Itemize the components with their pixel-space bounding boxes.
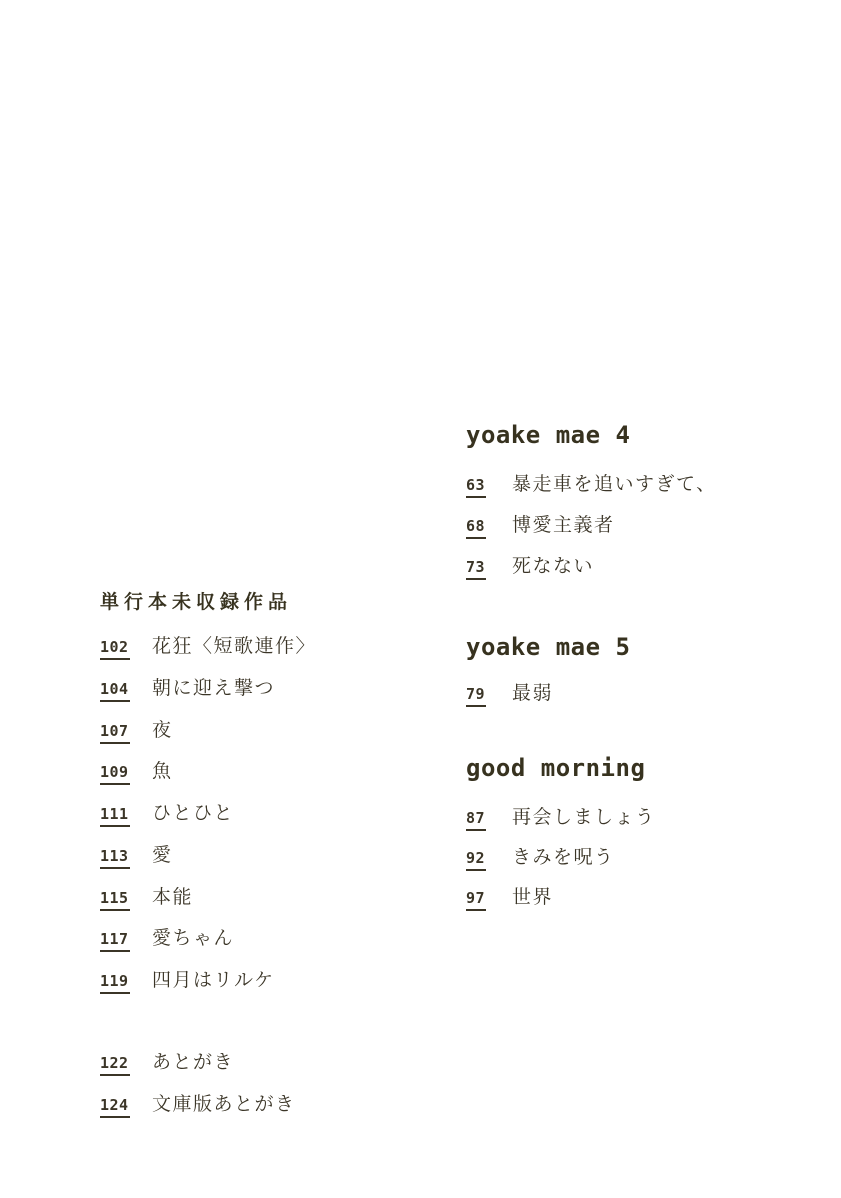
page-number-box: 119: [100, 966, 152, 996]
page-number-box: 115: [100, 883, 152, 913]
page-number: 68: [466, 519, 486, 539]
toc-entry: 124文庫版あとがき: [100, 1089, 296, 1120]
toc-entry: 113愛: [100, 840, 173, 871]
page-number-box: 124: [100, 1090, 152, 1120]
entry-title: 暴走車を追いすぎて、: [512, 473, 717, 495]
toc-entry: 87再会しましょう: [466, 802, 656, 833]
toc-entry: 102花狂〈短歌連作〉: [100, 631, 316, 662]
entry-title: 愛: [152, 844, 173, 866]
page-number: 73: [466, 560, 486, 580]
page-number-box: 111: [100, 799, 152, 829]
entry-title: 世界: [512, 886, 553, 908]
page-number-box: 104: [100, 674, 152, 704]
page-number: 124: [100, 1098, 130, 1118]
entry-title: 文庫版あとがき: [152, 1093, 296, 1115]
page-number: 102: [100, 640, 130, 660]
entry-title: 再会しましょう: [512, 806, 656, 828]
toc-entry: 117愛ちゃん: [100, 923, 234, 954]
entry-title: 本能: [152, 886, 193, 908]
page-number: 79: [466, 687, 486, 707]
entry-title: あとがき: [152, 1051, 234, 1073]
page-number-box: 87: [466, 803, 512, 833]
toc-entry: 111ひとひと: [100, 798, 234, 829]
toc-entry: 63暴走車を追いすぎて、: [466, 469, 717, 500]
toc-entry: 79最弱: [466, 678, 553, 709]
page-number-box: 79: [466, 679, 512, 709]
page-number: 87: [466, 811, 486, 831]
page-number-box: 97: [466, 883, 512, 913]
page-number: 119: [100, 974, 130, 994]
entry-title: 魚: [152, 760, 173, 782]
page-number-box: 92: [466, 843, 512, 873]
page-number-box: 68: [466, 511, 512, 541]
document-page: yoake mae 4 63暴走車を追いすぎて、 68博愛主義者 73死なない …: [0, 0, 841, 1198]
page-number: 122: [100, 1056, 130, 1076]
page-number: 97: [466, 891, 486, 911]
entry-title: 四月はリルケ: [152, 969, 275, 991]
entry-title: 愛ちゃん: [152, 927, 234, 949]
page-number-box: 117: [100, 924, 152, 954]
toc-entry: 104朝に迎え撃つ: [100, 673, 275, 704]
page-number: 107: [100, 724, 130, 744]
toc-entry: 119四月はリルケ: [100, 965, 275, 996]
entry-title: 死なない: [512, 555, 594, 577]
page-number-box: 122: [100, 1048, 152, 1078]
entry-title: 朝に迎え撃つ: [152, 677, 275, 699]
entry-title: 最弱: [512, 682, 553, 704]
entry-title: ひとひと: [152, 802, 234, 824]
page-number-box: 102: [100, 632, 152, 662]
entry-title: 花狂〈短歌連作〉: [152, 635, 316, 657]
entry-title: 博愛主義者: [512, 514, 615, 536]
page-number-box: 107: [100, 716, 152, 746]
page-number: 115: [100, 891, 130, 911]
toc-entry: 107夜: [100, 715, 173, 746]
page-number: 117: [100, 932, 130, 952]
entry-title: 夜: [152, 719, 173, 741]
toc-entry: 115本能: [100, 882, 193, 913]
toc-entry: 109魚: [100, 756, 173, 787]
page-number: 104: [100, 682, 130, 702]
toc-entry: 122あとがき: [100, 1047, 234, 1078]
page-number: 92: [466, 851, 486, 871]
page-number-box: 73: [466, 552, 512, 582]
entry-title: きみを呪う: [512, 846, 615, 868]
section-heading-yoake-mae-4: yoake mae 4: [466, 420, 630, 450]
page-number: 111: [100, 807, 130, 827]
page-number: 63: [466, 478, 486, 498]
page-number-box: 113: [100, 841, 152, 871]
toc-entry: 92きみを呪う: [466, 842, 615, 873]
page-number: 113: [100, 849, 130, 869]
page-number-box: 63: [466, 470, 512, 500]
section-heading-uncollected-works: 単行本未収録作品: [100, 590, 292, 614]
section-heading-good-morning: good morning: [466, 753, 645, 783]
page-number: 109: [100, 765, 130, 785]
toc-entry: 73死なない: [466, 551, 594, 582]
page-number-box: 109: [100, 757, 152, 787]
section-heading-yoake-mae-5: yoake mae 5: [466, 632, 630, 662]
toc-entry: 68博愛主義者: [466, 510, 615, 541]
toc-entry: 97世界: [466, 882, 553, 913]
